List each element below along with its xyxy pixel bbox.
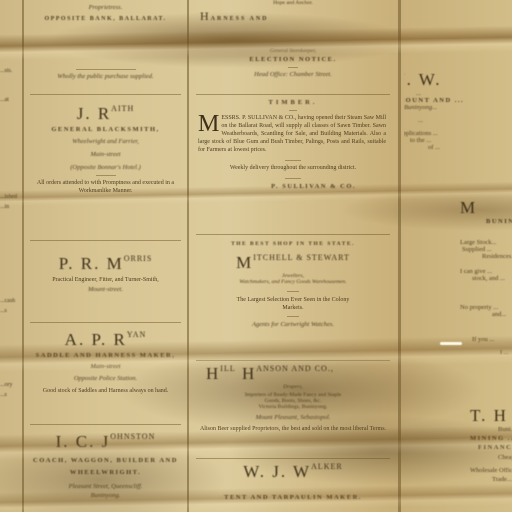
divider [288, 67, 298, 68]
advert-line: ... [404, 90, 512, 97]
divider [196, 458, 390, 459]
advert-line: Cheap... [470, 454, 512, 461]
advert-line: Main-street [24, 151, 187, 158]
margin-fragment: ...s [0, 308, 7, 314]
advert-trade: Practical Engineer, Fitter, and Turner-S… [34, 276, 177, 284]
margin-fragment: ...ory [0, 382, 13, 388]
advert-blacksmith: J. RAITH GENERAL BLACKSMITH, Wheelwright… [24, 104, 187, 195]
advert-line: Applications ... [404, 130, 512, 137]
advert-jewellers: THE BEST SHOP IN THE STATE. MITCHELL & S… [190, 241, 396, 328]
advert-name: J. W. [404, 70, 512, 90]
advert-line: Trade... [470, 476, 512, 483]
advert-line: Large Stock... [460, 239, 512, 246]
advert-line: The Largest Selection Ever Seen in the C… [230, 296, 356, 312]
advert-line: of ... [404, 144, 512, 151]
advert-name: M [460, 198, 512, 218]
divider [287, 291, 299, 292]
advert-m: M Buninyo... Large Stock... Supplied ...… [460, 198, 512, 356]
divider [196, 234, 390, 235]
advert-timber: TIMBER. MESSRS. P. SULLIVAN & CO., havin… [190, 99, 396, 190]
advert-trade: GENERAL BLACKSMITH, [24, 126, 187, 133]
advert-line: No property ... [460, 304, 512, 311]
advert-pre: THE BEST SHOP IN THE STATE. [190, 241, 396, 247]
divider [30, 94, 181, 95]
advert-line: Drapers, [190, 384, 396, 390]
top-line-1: Hope and Anchor. [190, 0, 396, 6]
divider [96, 175, 116, 176]
advert-line: MOUNT AND ... [404, 97, 512, 104]
notice-text: Wholly the public purchase supplied. [24, 73, 187, 80]
divider [196, 94, 390, 95]
divider [285, 178, 301, 179]
advert-name: W. J. WALKER [190, 462, 396, 482]
divider [287, 316, 299, 317]
advert-line: Buninyong... [404, 104, 512, 111]
advert-body: MESSRS. P. SULLIVAN & CO., having opened… [198, 114, 386, 154]
margin-fragment: ...sts. [0, 68, 12, 74]
advert-engineer: P. R. MORRIS Practical Engineer, Fitter,… [24, 254, 187, 293]
advert-line: Agents for Cartwright Watches. [190, 321, 396, 328]
light-glare [440, 342, 462, 345]
advert-line: Mount-street. [24, 286, 187, 293]
top-line-1: Proprietress. [24, 4, 187, 11]
top-advert: Hope and Anchor. HARNESS AND [190, 0, 396, 24]
advert-name: T. H [470, 406, 512, 426]
advert-line: WHEELWRIGHT. [24, 469, 187, 476]
advert-line: Wheelwright and Farrier, [24, 138, 187, 145]
margin-fragment: ...cash [0, 298, 15, 304]
divider [30, 424, 181, 425]
advert-heading: ELECTION NOTICE. [190, 56, 396, 63]
advert-line: and... [460, 311, 512, 318]
advert-line: Wholesale Office... [470, 467, 512, 474]
advert-footer: Weekly delivery throughout the surroundi… [210, 164, 376, 172]
advert-line: Buninyo... [460, 218, 512, 225]
advert-name: MITCHELL & STEWART [190, 253, 396, 273]
advert-body: Good stock of Saddles and Harness always… [28, 387, 183, 395]
top-advert-name: HARNESS AND [190, 9, 396, 24]
advert-line: Residences... [460, 253, 512, 260]
top-advert: Proprietress. Opposite Bank, Ballarat. [24, 4, 187, 22]
advert-line: stock, and ... [460, 275, 512, 282]
advert-name: J. RAITH [24, 104, 187, 124]
margin-fragment: ...at [0, 97, 9, 103]
advert-heading: TIMBER. [190, 99, 396, 106]
advert-line: Mount Pleasant, Sebastopol. [190, 414, 396, 421]
advert-jw: J. W. ... MOUNT AND ... Buninyong... ...… [404, 70, 512, 151]
divider [289, 110, 297, 111]
divider [76, 69, 136, 70]
top-line-2: Opposite Bank, Ballarat. [24, 16, 187, 22]
advert-line: Victoria Buildings, Buninyong. [190, 404, 396, 410]
advert-drapers: HILL HANSON AND CO., Drapers, Importers … [190, 364, 396, 433]
margin-fragment: ...s [0, 392, 7, 398]
advert-line: ... [404, 117, 512, 124]
drop-cap: M [198, 114, 219, 134]
advert-line: Supplied ... [460, 246, 512, 253]
advert-line: I can give ... [460, 268, 512, 275]
advert-line: Watchmakers, and Fancy Goods Warehouseme… [190, 279, 396, 285]
advert-line: Opposite Police Station. [24, 375, 187, 382]
advert-line: (Opposite Bonnar's Hotel.) [24, 164, 187, 171]
divider [30, 240, 181, 241]
advert-line: to the ... [404, 137, 512, 144]
advert-name: P. R. MORRIS [24, 254, 187, 274]
divider [30, 322, 181, 323]
divider [285, 160, 301, 161]
notice-line: Wholly the public purchase supplied. [24, 68, 187, 80]
advert-line: Head Office: Chamber Street. [190, 71, 396, 78]
